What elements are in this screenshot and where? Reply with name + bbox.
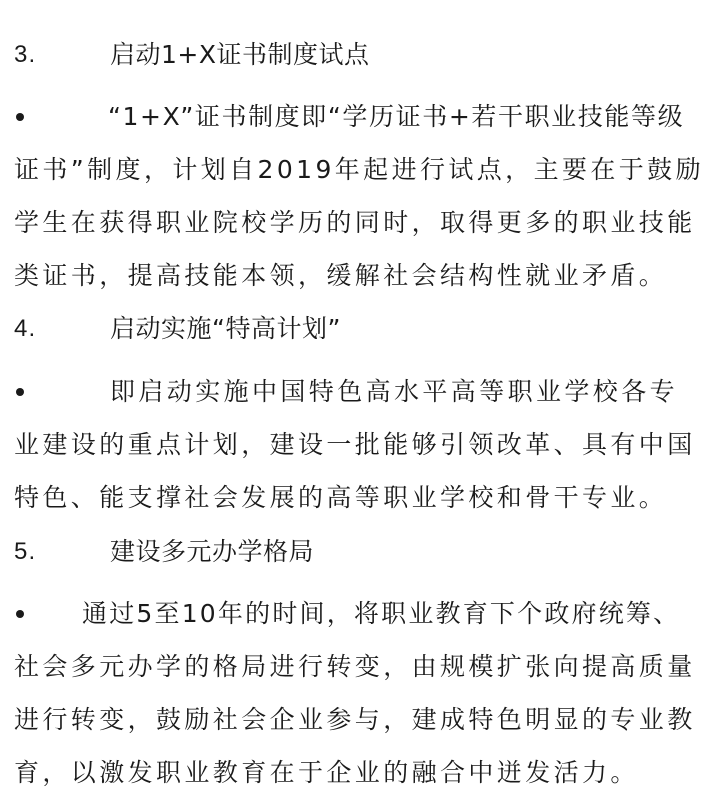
bullet-text-line: “1+X”证书制度即“学历证书+若干职业技能等级 (108, 100, 684, 134)
section-number: 3. (14, 38, 36, 72)
section-title: 启动1+X证书制度试点 (110, 38, 369, 72)
paragraph-line: 证书”制度，计划自2019年起进行试点，主要在于鼓励 (14, 153, 704, 187)
bullet-text-line: 即启动实施中国特色高水平高等职业学校各专 (110, 375, 678, 409)
paragraph-line: 社会多元办学的格局进行转变，由规模扩张向提高质量 (14, 650, 696, 684)
document-page: 3. 启动1+X证书制度试点 “1+X”证书制度即“学历证书+若干职业技能等级 … (0, 0, 720, 812)
bullet-text-line: 通过5至10年的时间，将职业教育下个政府统筹、 (82, 597, 680, 631)
paragraph-line: 育，以激发职业教育在于企业的融合中迸发活力。 (14, 756, 639, 790)
paragraph-line: 类证书，提高技能本领，缓解社会结构性就业矛盾。 (14, 259, 667, 293)
bullet-icon (16, 610, 24, 618)
section-number: 5. (14, 535, 36, 569)
bullet-icon (16, 388, 24, 396)
paragraph-line: 进行转变，鼓励社会企业参与，建成特色明显的专业教 (14, 703, 696, 737)
section-number: 4. (14, 312, 36, 346)
paragraph-line: 业建设的重点计划，建设一批能够引领改革、具有中国 (14, 428, 696, 462)
paragraph-line: 学生在获得职业院校学历的同时，取得更多的职业技能 (14, 206, 696, 240)
section-title: 启动实施“特高计划” (110, 312, 341, 346)
bullet-icon (16, 113, 24, 121)
section-title: 建设多元办学格局 (110, 535, 314, 569)
paragraph-line: 特色、能支撑社会发展的高等职业学校和骨干专业。 (14, 481, 667, 515)
